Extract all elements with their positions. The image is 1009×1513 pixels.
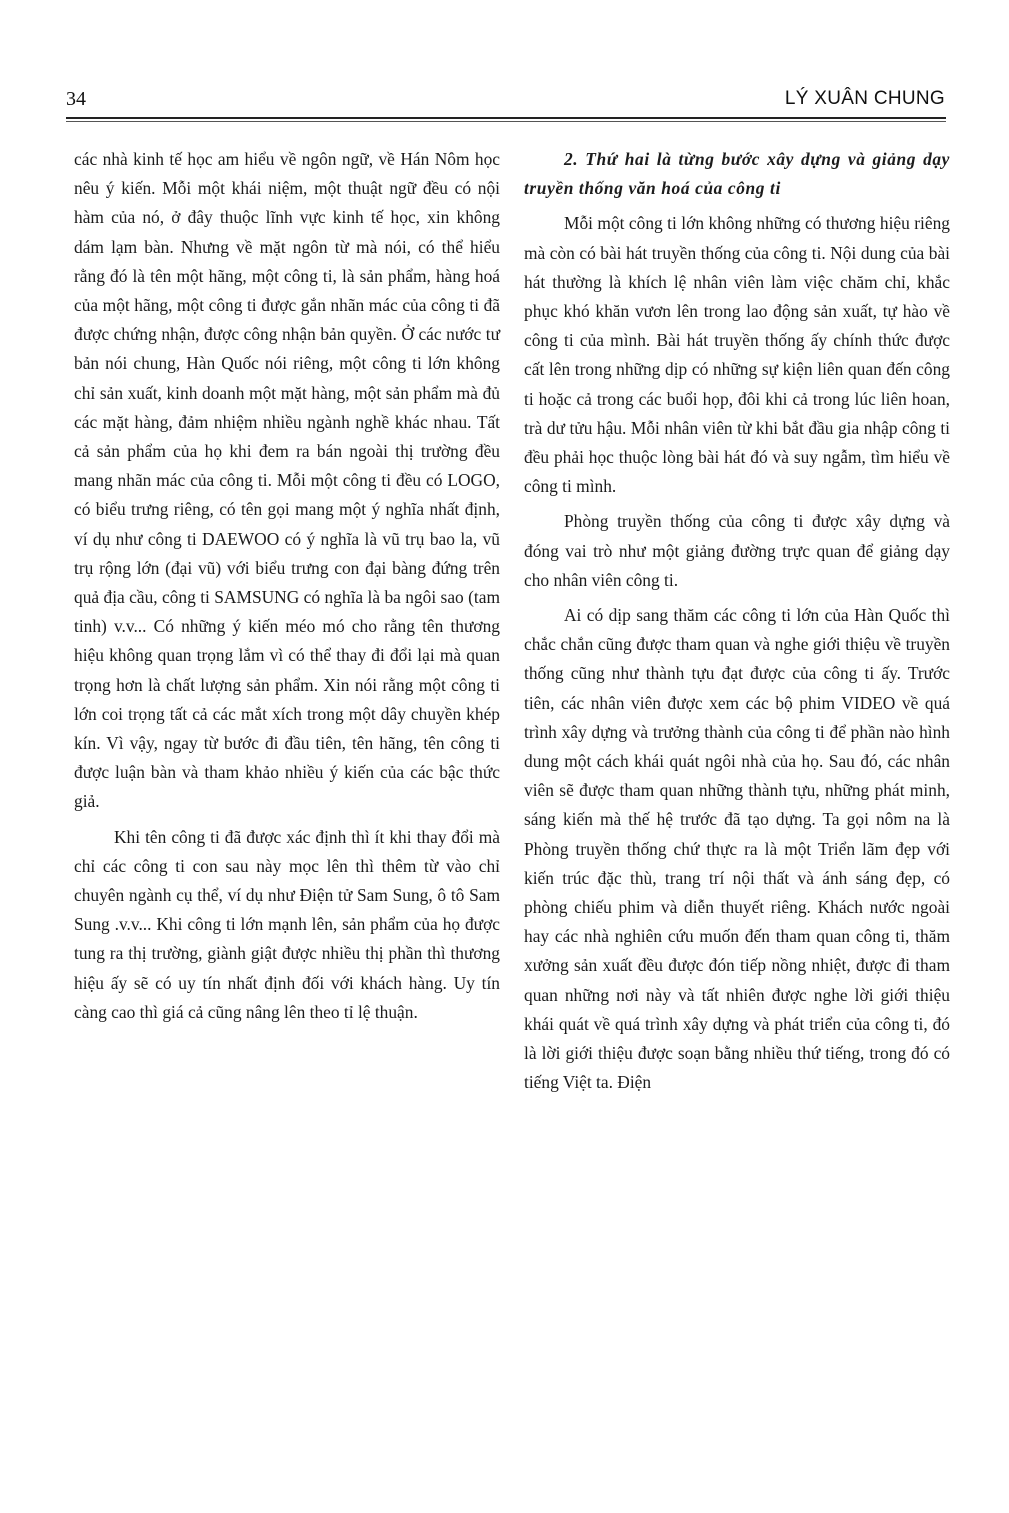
- page-number: 34: [66, 88, 86, 111]
- header-rule-thin: [66, 121, 946, 122]
- paragraph: Phòng truyền thống của công ti được xây …: [524, 507, 950, 595]
- left-column: các nhà kinh tế học am hiểu về ngôn ngữ,…: [74, 145, 500, 1027]
- section-heading: 2. Thứ hai là từng bước xây dựng và giản…: [524, 145, 950, 203]
- running-head: LÝ XUÂN CHUNG: [785, 88, 945, 110]
- paragraph: Ai có dịp sang thăm các công ti lớn của …: [524, 601, 950, 1097]
- paragraph: Khi tên công ti đã được xác định thì ít …: [74, 823, 500, 1027]
- paragraph: Mỗi một công ti lớn không những có thươn…: [524, 209, 950, 501]
- header-rule: [66, 117, 946, 119]
- paragraph: các nhà kinh tế học am hiểu về ngôn ngữ,…: [74, 145, 500, 817]
- right-column: 2. Thứ hai là từng bước xây dựng và giản…: [524, 145, 950, 1098]
